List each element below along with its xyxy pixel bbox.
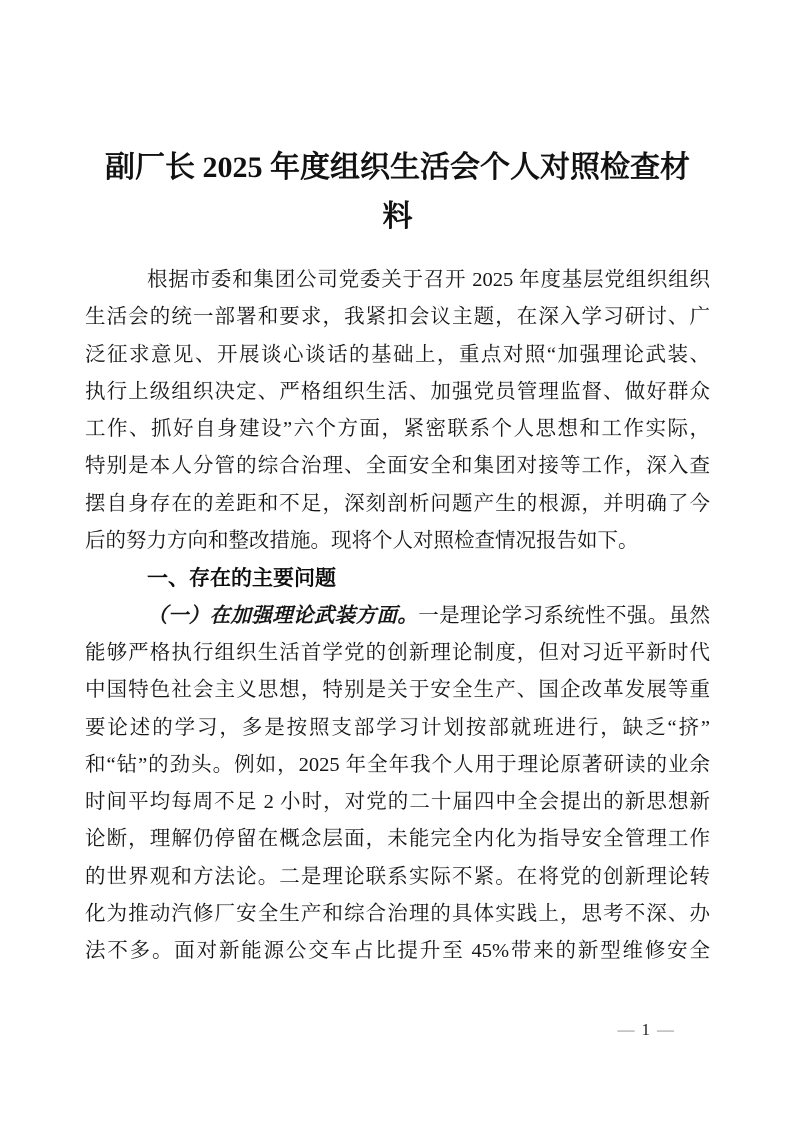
body-line: 执行上级组织决定、严格组织生活、加强党员管理监督、做好群众 [85, 374, 710, 411]
body-line: 化为推动汽修厂安全生产和综合治理的具体实践上，思考不深、办 [85, 896, 710, 933]
body-line: 的世界观和方法论。二是理论联系实际不紧。在将党的创新理论转 [85, 859, 710, 896]
body-line: 和“钻”的劲头。例如，2025 年全年我个人用于理论原著研读的业余 [85, 747, 710, 784]
body-line: 论断，理解仍停留在概念层面，未能完全内化为指导安全管理工作 [85, 821, 710, 858]
footer-dash-left: — [612, 1020, 642, 1039]
document-body: 根据市委和集团公司党委关于召开 2025 年度基层党组织组织 生活会的统一部署和… [85, 262, 710, 971]
body-line: 工作、抓好自身建设”六个方面，紧密联系个人思想和工作实际， [85, 411, 710, 448]
body-line: 摆自身存在的差距和不足，深刻剖析问题产生的根源，并明确了今 [85, 486, 710, 523]
document-title: 副厂长 2025 年度组织生活会个人对照检查材 料 [85, 143, 710, 241]
item-lead-phrase: （一）在加强理论武装方面。 [147, 605, 418, 627]
body-line: 根据市委和集团公司党委关于召开 2025 年度基层党组织组织 [85, 262, 710, 299]
title-line: 料 [85, 192, 710, 241]
footer-dash-right: — [651, 1020, 681, 1039]
body-line: 后的努力方向和整改措施。现将个人对照检查情况报告如下。 [85, 523, 710, 560]
page-number: 1 [642, 1020, 652, 1039]
body-line: 要论述的学习，多是按照支部学习计划按部就班进行，缺乏“挤” [85, 710, 710, 747]
body-line: 特别是本人分管的综合治理、全面安全和集团对接等工作，深入查 [85, 448, 710, 485]
section-heading: 一、存在的主要问题 [85, 560, 710, 597]
title-line: 副厂长 2025 年度组织生活会个人对照检查材 [85, 143, 710, 192]
document-page: 副厂长 2025 年度组织生活会个人对照检查材 料 根据市委和集团公司党委关于召… [0, 0, 793, 1122]
body-line: 中国特色社会主义思想，特别是关于安全生产、国企改革发展等重 [85, 672, 710, 709]
body-line: 法不多。面对新能源公交车占比提升至 45%带来的新型维修安全 [85, 933, 710, 970]
body-line: （一）在加强理论武装方面。一是理论学习系统性不强。虽然 [85, 598, 710, 635]
body-line: 时间平均每周不足 2 小时，对党的二十届四中全会提出的新思想新 [85, 784, 710, 821]
body-line-text: 一是理论学习系统性不强。虽然 [418, 605, 710, 627]
body-line: 泛征求意见、开展谈心谈话的基础上，重点对照“加强理论武装、 [85, 337, 710, 374]
body-line: 能够严格执行组织生活首学党的创新理论制度，但对习近平新时代 [85, 635, 710, 672]
body-line: 生活会的统一部署和要求，我紧扣会议主题，在深入学习研讨、广 [85, 299, 710, 336]
page-footer: —1— [612, 1018, 682, 1042]
